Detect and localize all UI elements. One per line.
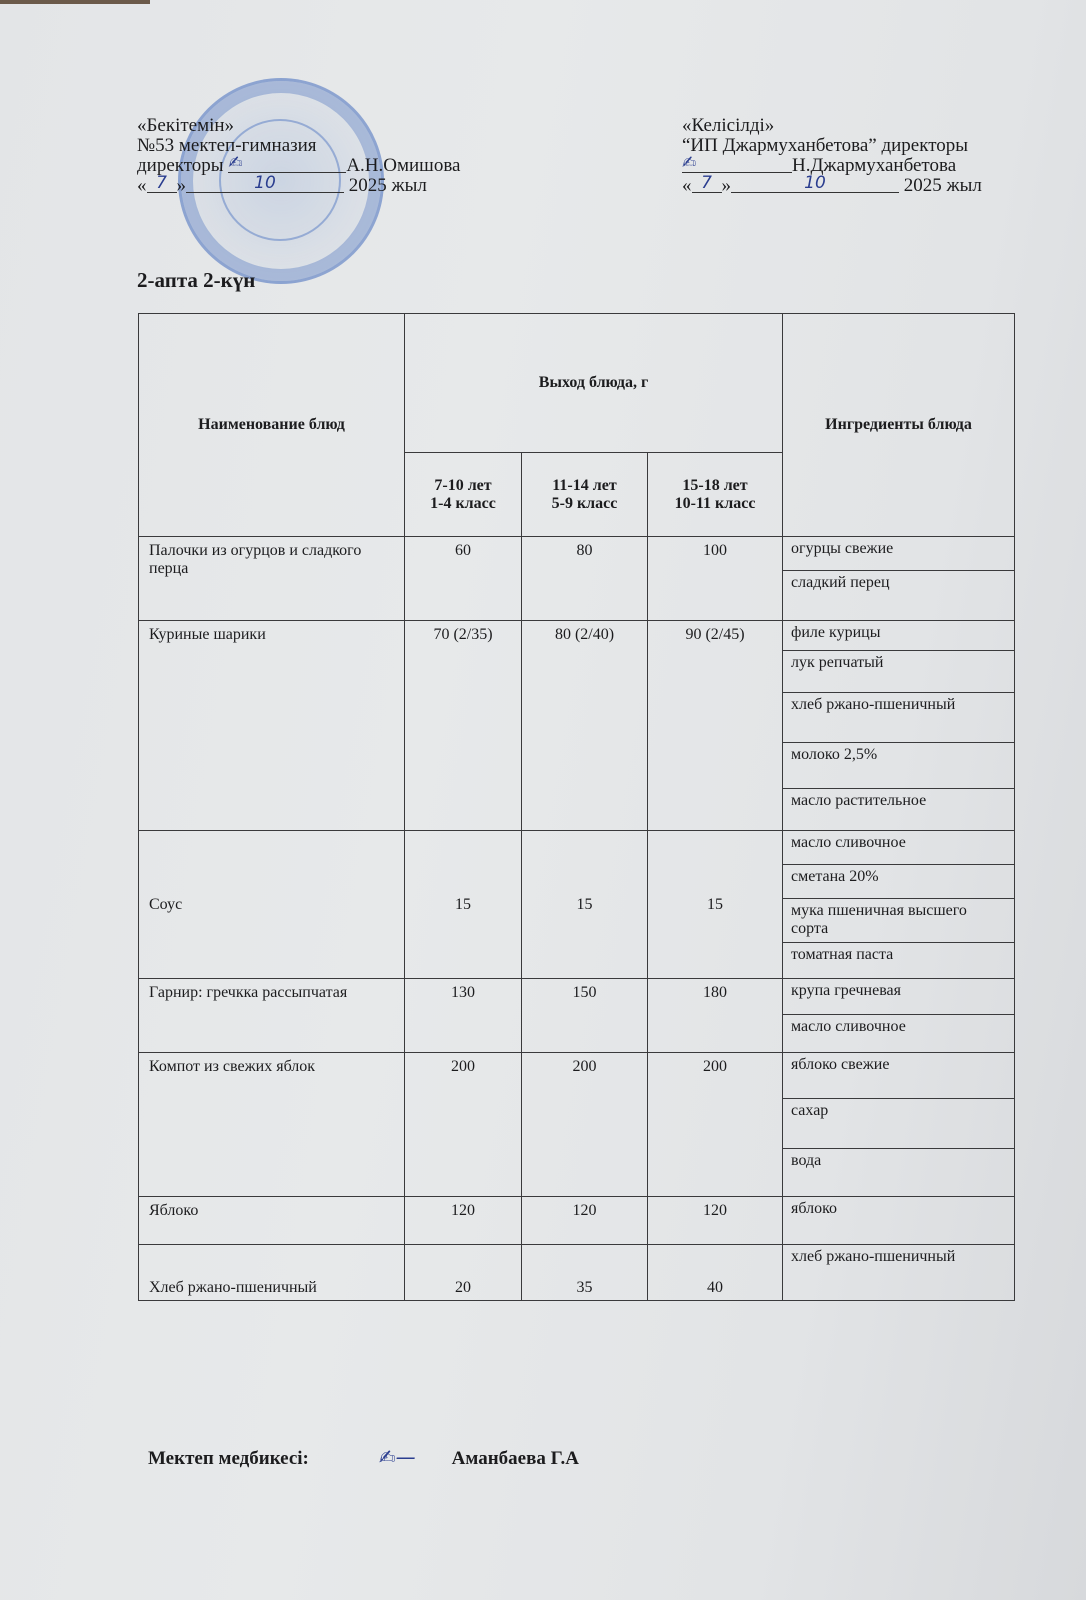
ingredient: молоко 2,5% <box>783 743 1015 789</box>
dish-name: Гарнир: гречкка рассыпчатая <box>139 979 405 1053</box>
table-row: Яблоко120120120яблоко <box>139 1197 1015 1245</box>
portion-weight: 200 <box>522 1053 648 1197</box>
ingredient: хлеб ржано-пшеничный <box>783 1245 1015 1301</box>
ingredient: огурцы свежие <box>783 537 1015 571</box>
portion-weight: 200 <box>405 1053 522 1197</box>
header-age-group: 7-10 лет1-4 класс <box>405 453 522 537</box>
signature-mark: ✍ <box>228 153 242 173</box>
approval-org: №53 мектеп-гимназия <box>137 136 537 156</box>
ingredient: вода <box>783 1149 1015 1197</box>
approval-title: «Бекітемін» <box>137 116 537 136</box>
dish-name: Яблоко <box>139 1197 405 1245</box>
approval-signature-line: ✍ <box>228 156 346 173</box>
approval-block: «Бекітемін» №53 мектеп-гимназия директор… <box>137 116 537 196</box>
portion-weight: 35 <box>522 1245 648 1301</box>
agreement-month: 10 <box>804 173 826 193</box>
agreement-day: 7 <box>701 173 712 193</box>
ingredient: сладкий перец <box>783 571 1015 621</box>
header-yield: Выход блюда, г <box>405 314 783 453</box>
portion-weight: 60 <box>405 537 522 621</box>
nurse-label: Мектеп медбикесі: <box>148 1448 309 1469</box>
ingredient: лук репчатый <box>783 651 1015 693</box>
ingredient: филе курицы <box>783 621 1015 651</box>
nurse-signature-block: Мектеп медбикесі:✍—Аманбаева Г.А <box>148 1445 579 1470</box>
approval-day: 7 <box>156 173 167 193</box>
portion-weight: 120 <box>522 1197 648 1245</box>
portion-weight: 130 <box>405 979 522 1053</box>
ingredient: сметана 20% <box>783 865 1015 899</box>
portion-weight: 15 <box>648 831 783 979</box>
agreement-signature-line: ✍ <box>682 156 792 173</box>
ingredient: томатная паста <box>783 943 1015 979</box>
agreement-block: «Келісілді» “ИП Джармуханбетова” директо… <box>682 116 1072 196</box>
photo-edge <box>0 0 150 4</box>
table-row: Компот из свежих яблок200200200яблоко св… <box>139 1053 1015 1099</box>
week-day-title: 2-апта 2-күн <box>137 268 255 293</box>
header-age-group: 11-14 лет5-9 класс <box>522 453 648 537</box>
portion-weight: 90 (2/45) <box>648 621 783 831</box>
dish-name: Компот из свежих яблок <box>139 1053 405 1197</box>
ingredient: масло сливочное <box>783 831 1015 865</box>
portion-weight: 20 <box>405 1245 522 1301</box>
portion-weight: 70 (2/35) <box>405 621 522 831</box>
table-row: Хлеб ржано-пшеничный203540хлеб ржано-пше… <box>139 1245 1015 1301</box>
dish-name: Соус <box>139 831 405 979</box>
dish-name: Хлеб ржано-пшеничный <box>139 1245 405 1301</box>
nurse-name: Аманбаева Г.А <box>452 1448 579 1469</box>
ingredient: яблоко <box>783 1197 1015 1245</box>
agreement-year: 2025 жыл <box>904 175 982 196</box>
menu-table: Наименование блюд Выход блюда, г Ингреди… <box>138 313 1015 1301</box>
ingredient: яблоко свежие <box>783 1053 1015 1099</box>
approval-year: 2025 жыл <box>349 175 427 196</box>
approval-month: 10 <box>254 173 276 193</box>
ingredient: масло растительное <box>783 789 1015 831</box>
dish-name: Куриные шарики <box>139 621 405 831</box>
portion-weight: 15 <box>522 831 648 979</box>
ingredient: масло сливочное <box>783 1015 1015 1053</box>
signature-mark: ✍ <box>682 153 696 173</box>
portion-weight: 180 <box>648 979 783 1053</box>
table-row: Куриные шарики70 (2/35)80 (2/40)90 (2/45… <box>139 621 1015 651</box>
portion-weight: 120 <box>648 1197 783 1245</box>
ingredient: сахар <box>783 1099 1015 1149</box>
portion-weight: 120 <box>405 1197 522 1245</box>
ingredient: мука пшеничная высшего сорта <box>783 899 1015 943</box>
dish-name: Палочки из огурцов и сладкого перца <box>139 537 405 621</box>
portion-weight: 200 <box>648 1053 783 1197</box>
table-row: Соус151515масло сливочное <box>139 831 1015 865</box>
ingredient: крупа гречневая <box>783 979 1015 1015</box>
table-row: Гарнир: гречкка рассыпчатая130150180круп… <box>139 979 1015 1015</box>
agreement-org: “ИП Джармуханбетова” директоры <box>682 136 1072 156</box>
signature-mark: ✍— <box>379 1445 416 1469</box>
portion-weight: 40 <box>648 1245 783 1301</box>
portion-weight: 150 <box>522 979 648 1053</box>
approval-role: директоры <box>137 155 224 176</box>
header-dish-name: Наименование блюд <box>139 314 405 537</box>
header-age-group: 15-18 лет10-11 класс <box>648 453 783 537</box>
ingredient: хлеб ржано-пшеничный <box>783 693 1015 743</box>
portion-weight: 15 <box>405 831 522 979</box>
approval-name: А.Н.Омишова <box>346 155 460 176</box>
portion-weight: 80 (2/40) <box>522 621 648 831</box>
table-row: Палочки из огурцов и сладкого перца60801… <box>139 537 1015 571</box>
portion-weight: 80 <box>522 537 648 621</box>
header-ingredients: Ингредиенты блюда <box>783 314 1015 537</box>
agreement-title: «Келісілді» <box>682 116 1072 136</box>
portion-weight: 100 <box>648 537 783 621</box>
